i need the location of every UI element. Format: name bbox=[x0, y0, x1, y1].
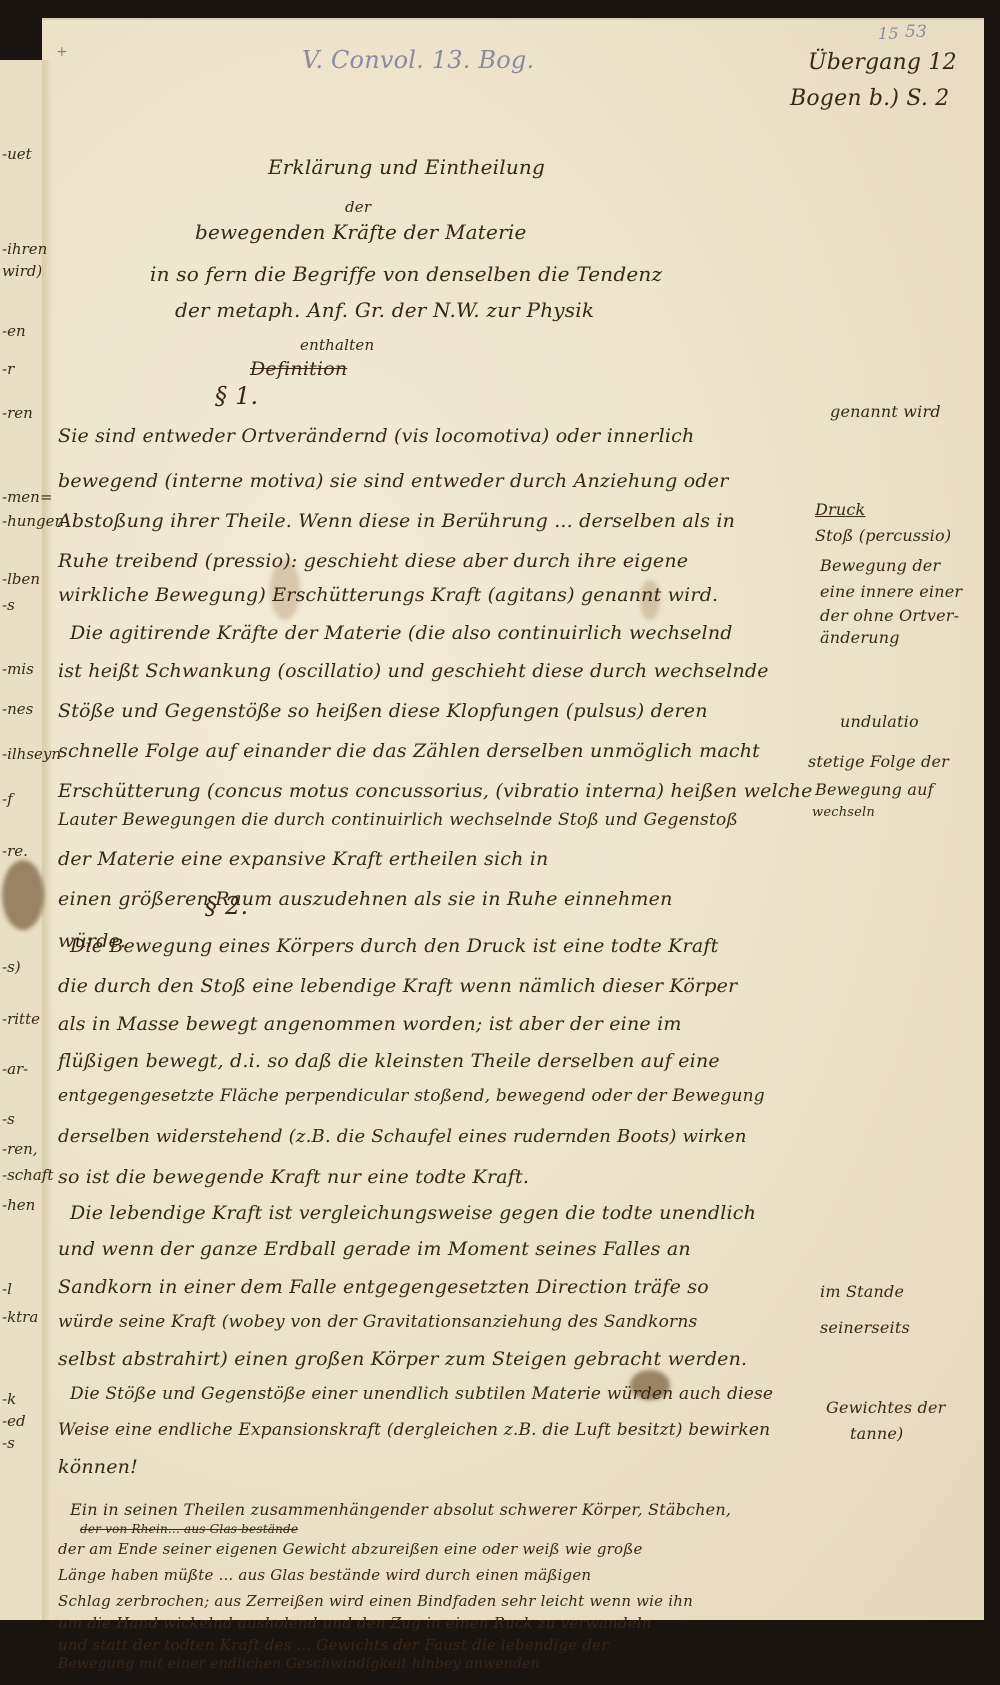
section-heading: § 1. bbox=[215, 382, 258, 410]
text-line: Weise eine endliche Expansionskraft (der… bbox=[58, 1420, 770, 1440]
text-line: die durch den Stoß eine lebendige Kraft … bbox=[58, 975, 737, 997]
facing-page-fragment: wird) bbox=[2, 262, 42, 280]
facing-page-fragment: -mis bbox=[2, 660, 34, 678]
text-line: schnelle Folge auf einander die das Zähl… bbox=[58, 740, 760, 762]
facing-page-fragment: -uet bbox=[2, 145, 32, 163]
text-line: flüßigen bewegt, d.i. so daß die kleinst… bbox=[58, 1050, 720, 1072]
facing-page-fragment: -ilhseyn bbox=[2, 745, 61, 763]
corner-note-1: Übergang 12 bbox=[808, 50, 957, 75]
facing-page-fragment: -s bbox=[2, 1434, 15, 1452]
text-line: der am Ende seiner eigenen Gewicht abzur… bbox=[58, 1540, 643, 1558]
facing-page-fragment: -ar- bbox=[2, 1060, 28, 1078]
text-line: der Materie eine expansive Kraft ertheil… bbox=[58, 848, 549, 870]
margin-note: Bewegung auf bbox=[815, 780, 934, 799]
text-line: Sie sind entweder Ortverändernd (vis loc… bbox=[58, 425, 694, 447]
text-line: so ist die bewegende Kraft nur eine todt… bbox=[58, 1166, 529, 1188]
margin-note: genannt wird bbox=[830, 402, 941, 421]
text-line: Sandkorn in einer dem Falle entgegengese… bbox=[58, 1276, 709, 1298]
facing-page-fragment: -ritte bbox=[2, 1010, 40, 1028]
text-line: als in Masse bewegt angenommen worden; i… bbox=[58, 1013, 682, 1035]
facing-page-fragment: -s) bbox=[2, 958, 21, 976]
facing-page-fragment: -en bbox=[2, 322, 26, 340]
facing-page-fragment: -nes bbox=[2, 700, 33, 718]
facing-page-edge bbox=[0, 60, 43, 1620]
title-line: der bbox=[345, 198, 371, 216]
text-line: Die agitirende Kräfte der Materie (die a… bbox=[70, 622, 733, 644]
page-gutter bbox=[42, 60, 52, 1620]
facing-page-fragment: -men= bbox=[2, 488, 52, 506]
margin-note: undulatio bbox=[840, 712, 919, 731]
text-line: Lauter Bewegungen die durch continuirlic… bbox=[58, 810, 738, 830]
title-line: der metaph. Anf. Gr. der N.W. zur Physik bbox=[175, 298, 594, 322]
text-line: würde seine Kraft (wobey von der Gravita… bbox=[58, 1312, 697, 1332]
facing-page-fragment: -ren, bbox=[2, 1140, 38, 1158]
margin-note: Gewichtes der bbox=[826, 1398, 945, 1417]
section-heading: § 2. bbox=[205, 892, 248, 920]
facing-page-fragment: -ren bbox=[2, 404, 33, 422]
margin-note: im Stande bbox=[820, 1282, 904, 1301]
facing-page-fragment: -re. bbox=[2, 842, 28, 860]
text-line: Stöße und Gegenstöße so heißen diese Klo… bbox=[58, 700, 708, 722]
text-line: Die lebendige Kraft ist vergleichungswei… bbox=[70, 1202, 756, 1224]
text-line: derselben widerstehend (z.B. die Schaufe… bbox=[58, 1126, 747, 1147]
facing-page-fragment: -s bbox=[2, 1110, 15, 1128]
facing-page-fragment: -ihren bbox=[2, 240, 47, 258]
facing-page-fragment: -f bbox=[2, 790, 13, 808]
margin-note: Bewegung der bbox=[820, 556, 940, 575]
text-line: Erschütterung (concus motus concussorius… bbox=[58, 780, 813, 802]
facing-page-fragment: -l bbox=[2, 1280, 12, 1298]
corner-note-2: Bogen b.) S. 2 bbox=[790, 86, 949, 111]
margin-note: Druck bbox=[815, 500, 865, 519]
margin-note: änderung bbox=[820, 628, 900, 647]
facing-page-fragment: -lben bbox=[2, 570, 40, 588]
pencil-note: V. Convol. 13. Bog. bbox=[302, 46, 534, 74]
text-line: selbst abstrahirt) einen großen Körper z… bbox=[58, 1348, 747, 1370]
title-line: bewegenden Kräfte der Materie bbox=[195, 220, 526, 244]
facing-page-fragment: -hen bbox=[2, 1196, 35, 1214]
text-line: wirkliche Bewegung) Erschütterungs Kraft… bbox=[58, 584, 718, 606]
ink-stain bbox=[2, 860, 44, 930]
facing-page-fragment: -r bbox=[2, 360, 14, 378]
text-line: um die Hand wickelnd ausholend und den Z… bbox=[58, 1614, 652, 1632]
facing-page-fragment: -k bbox=[2, 1390, 16, 1408]
text-line-insert: der von Rhein... aus Glas bestände bbox=[80, 1522, 298, 1536]
text-line: Ruhe treibend (pressio): geschieht diese… bbox=[58, 550, 688, 572]
margin-note: Stoß (percussio) bbox=[815, 526, 951, 545]
title-line-deleted: Definition bbox=[250, 358, 347, 380]
facing-page-fragment: -ed bbox=[2, 1412, 26, 1430]
facing-page-fragment: -ktra bbox=[2, 1308, 38, 1326]
text-line: Abstoßung ihrer Theile. Wenn diese in Be… bbox=[58, 510, 735, 532]
text-line: Schlag zerbrochen; aus Zerreißen wird ei… bbox=[58, 1592, 693, 1610]
facing-page-fragment: -schaft bbox=[2, 1166, 53, 1184]
text-line: entgegengesetzte Fläche perpendicular st… bbox=[58, 1086, 765, 1106]
margin-note: seinerseits bbox=[820, 1318, 910, 1337]
facing-page-fragment: -s bbox=[2, 596, 15, 614]
faint-folio: 15 bbox=[878, 24, 899, 43]
text-line: können! bbox=[58, 1456, 138, 1478]
text-line: bewegend (interne motiva) sie sind entwe… bbox=[58, 470, 729, 492]
folio-number: 53 bbox=[905, 22, 927, 42]
title-line: in so fern die Begriffe von denselben di… bbox=[150, 262, 662, 286]
text-line: Bewegung mit einer endlichen Geschwindig… bbox=[58, 1656, 540, 1672]
text-line: Länge haben müßte ... aus Glas bestände … bbox=[58, 1566, 591, 1584]
title-line: enthalten bbox=[300, 336, 374, 354]
plus-mark: + bbox=[56, 44, 68, 60]
margin-note: stetige Folge der bbox=[808, 752, 949, 771]
text-line: und wenn der ganze Erdball gerade im Mom… bbox=[58, 1238, 691, 1260]
margin-note: tanne) bbox=[850, 1424, 904, 1443]
text-line: und statt der todten Kraft des ... Gewic… bbox=[58, 1636, 609, 1654]
text-line: Die Bewegung eines Körpers durch den Dru… bbox=[70, 935, 718, 957]
margin-note: der ohne Ortver- bbox=[820, 606, 959, 625]
title-line: Erklärung und Eintheilung bbox=[268, 155, 545, 179]
margin-note: wechseln bbox=[812, 805, 875, 820]
facing-page-fragment: -hungen bbox=[2, 512, 64, 530]
text-line: ist heißt Schwankung (oscillatio) und ge… bbox=[58, 660, 769, 682]
text-line: Die Stöße und Gegenstöße einer unendlich… bbox=[70, 1384, 773, 1404]
margin-note: eine innere einer bbox=[820, 582, 962, 601]
text-line: einen größeren Raum auszudehnen als sie … bbox=[58, 888, 673, 910]
text-line: Ein in seinen Theilen zusammenhängender … bbox=[70, 1500, 731, 1519]
